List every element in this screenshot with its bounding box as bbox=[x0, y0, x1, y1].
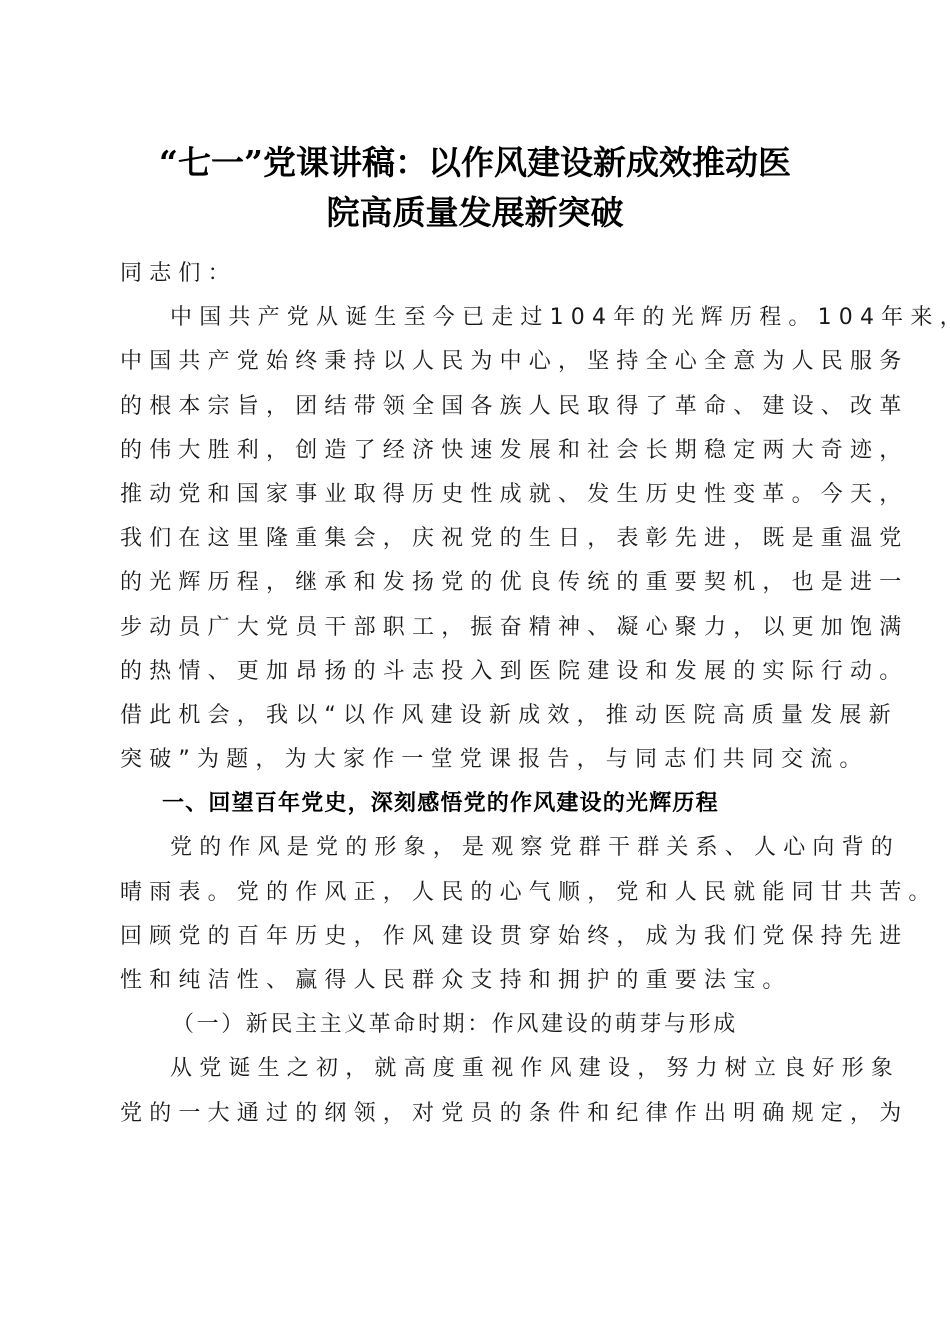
paragraph-subsection-1: 从党诞生之初，就高度重视作风建设，努力树立良好形象 党的一大通过的纲领，对党员的… bbox=[120, 1047, 832, 1135]
document-page: “七一”党课讲稿：以作风建设新成效推动医 院高质量发展新突破 同志们： 中国共产… bbox=[0, 0, 950, 1344]
paragraph-section-1: 党的作风是党的形象，是观察党群干群关系、人心向背的 晴雨表。党的作风正，人民的心… bbox=[120, 826, 832, 1003]
text-line: 中国共产党始终秉持以人民为中心，坚持全心全意为人民服务 bbox=[120, 340, 832, 384]
section-heading-1: 一、回望百年党史，深刻感悟党的作风建设的光辉历程 bbox=[120, 782, 832, 826]
subsection-heading-1: （一）新民主主义革命时期：作风建设的萌芽与形成 bbox=[120, 1003, 832, 1047]
text-line: 的伟大胜利，创造了经济快速发展和社会长期稳定两大奇迹， bbox=[120, 429, 832, 473]
document-title: “七一”党课讲稿：以作风建设新成效推动医 院高质量发展新突破 bbox=[120, 138, 830, 238]
text-line: 的热情、更加昂扬的斗志投入到医院建设和发展的实际行动。 bbox=[120, 650, 832, 694]
text-line: 的光辉历程，继承和发扬党的优良传统的重要契机，也是进一 bbox=[120, 561, 832, 605]
text-line: 党的一大通过的纲领，对党员的条件和纪律作出明确规定，为 bbox=[120, 1092, 832, 1136]
text-line: 党的作风是党的形象，是观察党群干群关系、人心向背的 bbox=[120, 826, 832, 870]
text-line: 回顾党的百年历史，作风建设贯穿始终，成为我们党保持先进 bbox=[120, 915, 832, 959]
text-line: 推动党和国家事业取得历史性成就、发生历史性变革。今天， bbox=[120, 473, 832, 517]
salutation: 同志们： bbox=[120, 252, 832, 296]
text-line: 突破”为题，为大家作一堂党课报告，与同志们共同交流。 bbox=[120, 738, 832, 782]
text-line: 性和纯洁性、赢得人民群众支持和拥护的重要法宝。 bbox=[120, 959, 832, 1003]
document-body: 同志们： 中国共产党从诞生至今已走过104年的光辉历程。104年来， 中国共产党… bbox=[120, 252, 832, 1136]
paragraph-intro: 中国共产党从诞生至今已走过104年的光辉历程。104年来， 中国共产党始终秉持以… bbox=[120, 296, 832, 782]
title-line-2: 院高质量发展新突破 bbox=[120, 188, 830, 238]
text-line: 中国共产党从诞生至今已走过104年的光辉历程。104年来， bbox=[120, 296, 832, 340]
text-line: 从党诞生之初，就高度重视作风建设，努力树立良好形象 bbox=[120, 1047, 832, 1091]
text-line: 步动员广大党员干部职工，振奋精神、凝心聚力，以更加饱满 bbox=[120, 606, 832, 650]
text-line: 借此机会，我以“以作风建设新成效，推动医院高质量发展新 bbox=[120, 694, 832, 738]
title-line-1: “七一”党课讲稿：以作风建设新成效推动医 bbox=[120, 138, 830, 188]
text-line: 晴雨表。党的作风正，人民的心气顺，党和人民就能同甘共苦。 bbox=[120, 871, 832, 915]
text-line: 的根本宗旨，团结带领全国各族人民取得了革命、建设、改革 bbox=[120, 385, 832, 429]
text-line: 我们在这里隆重集会，庆祝党的生日，表彰先进，既是重温党 bbox=[120, 517, 832, 561]
